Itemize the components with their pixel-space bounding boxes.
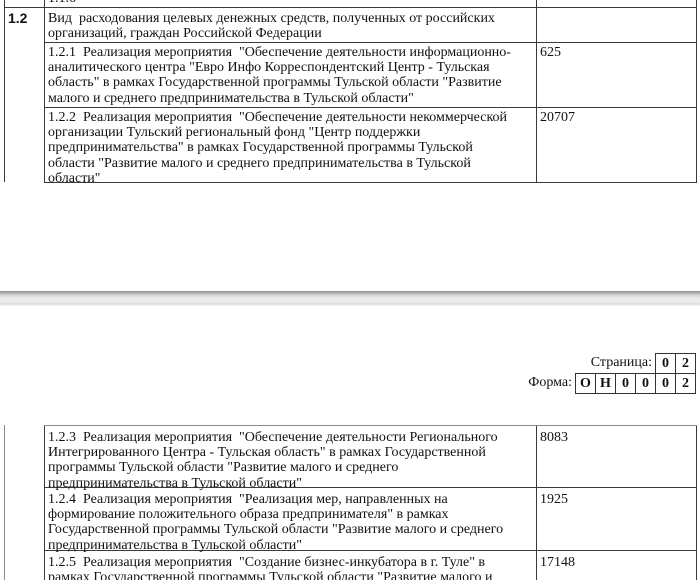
form-code-box: 2	[675, 373, 696, 394]
table-row-text: 1.2.1 Реализация мероприятия "Обеспечени…	[48, 45, 536, 106]
form-code-box: 0	[655, 373, 676, 394]
row-divider	[44, 107, 697, 108]
table-row-value: 20707	[540, 110, 575, 125]
page-digit-box: 2	[675, 353, 696, 374]
table-row-value: 625	[540, 45, 561, 60]
table-border-left	[4, 0, 5, 182]
table-row-value: 17148	[540, 555, 575, 570]
row-divider	[4, 7, 697, 8]
table-top-border	[44, 425, 697, 426]
table-col-divider-1	[44, 425, 45, 580]
table-row-value: 8083	[540, 430, 568, 445]
section-title: Вид расходования целевых денежных средст…	[48, 11, 536, 41]
table-row-text: 1.2.3 Реализация мероприятия "Обеспечени…	[48, 430, 536, 491]
form-code-box: 0	[635, 373, 656, 394]
form-code-box: Н	[595, 373, 616, 394]
table-col-divider-1	[44, 0, 45, 183]
table-border-right	[696, 425, 697, 580]
section-number: 1.2	[8, 11, 27, 26]
form-code-box: 0	[615, 373, 636, 394]
table-border-right	[696, 0, 697, 183]
table-border-left	[4, 425, 5, 580]
previous-row-label: 1.1.6	[48, 0, 76, 6]
page-break-separator	[0, 291, 700, 306]
table-col-divider-2	[536, 425, 537, 580]
form-code-label: Форма:	[480, 373, 572, 392]
table-col-divider-2	[536, 0, 537, 183]
table-row-text: 1.2.2 Реализация мероприятия "Обеспечени…	[48, 110, 536, 186]
table-row-text: 1.2.5 Реализация мероприятия "Создание б…	[48, 555, 536, 580]
table-row-value: 1925	[540, 492, 568, 507]
document-page-top: 1.1.6 1.2 Вид расходования целевых денеж…	[0, 0, 700, 291]
form-code-box: О	[575, 373, 596, 394]
document-page-bottom: Страница: 0 2 Форма: О Н 0 0 0 2 1.2.3 Р…	[0, 306, 700, 580]
page-number-label: Страница:	[560, 353, 652, 372]
page-digit-box: 0	[655, 353, 676, 374]
table-row-text: 1.2.4 Реализация мероприятия "Реализация…	[48, 492, 536, 553]
row-divider	[44, 42, 697, 43]
